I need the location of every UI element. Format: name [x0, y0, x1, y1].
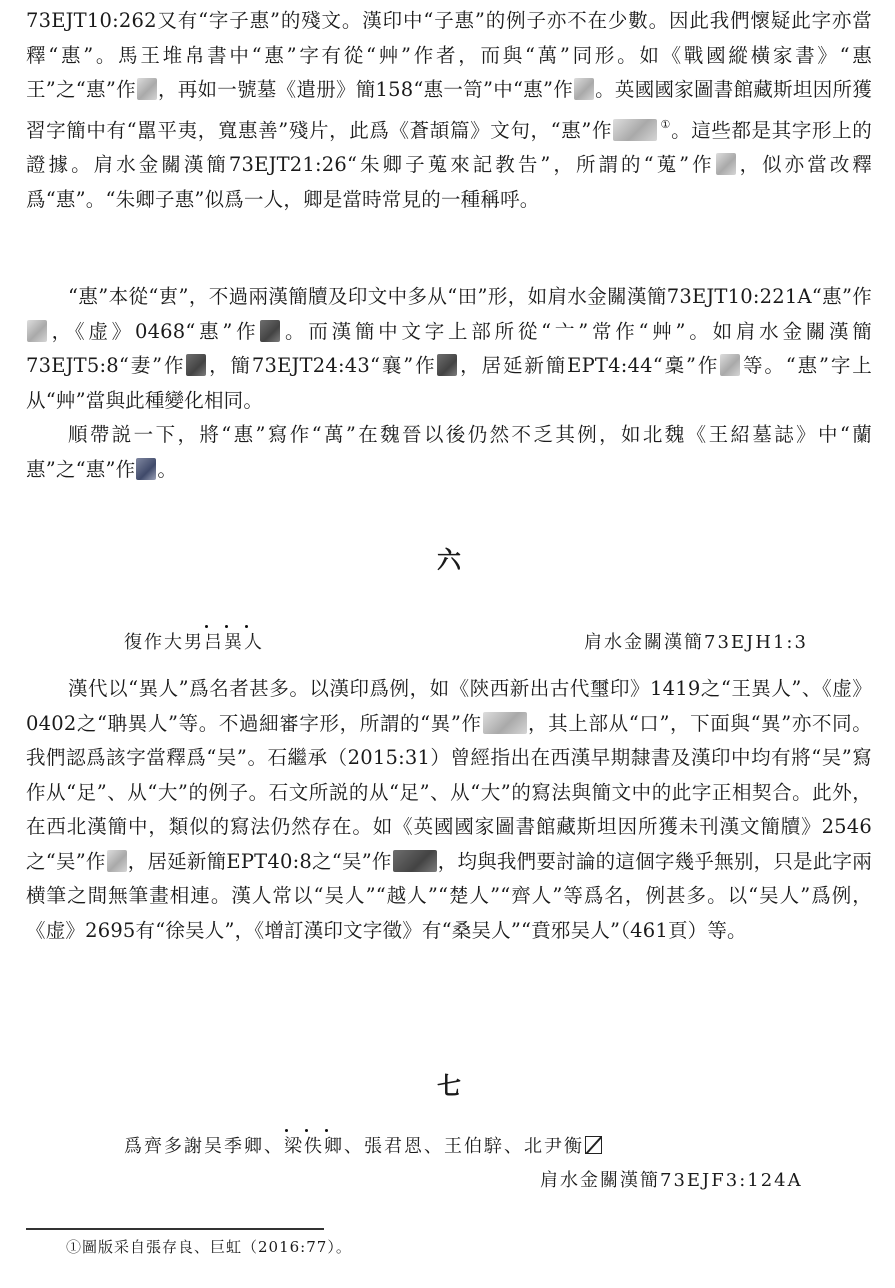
missing-character-box — [585, 1136, 602, 1154]
text-run: ，再如一號墓《遣册》簡158“惠一笥”中“惠”作 — [158, 78, 573, 101]
quoted-slip-text-7: 爲齊多謝吴季卿、梁佚卿、張君恩、王伯騂、北尹衡 — [124, 1132, 602, 1158]
quoted-slip-text-6: 復作大男吕異人 — [124, 628, 264, 654]
text-run: ，其上部从“口”，下面與“異”亦不同。我們認爲該字當釋爲“吴”。石繼承（2015… — [26, 712, 872, 873]
glyph-image-hui-qiance — [574, 78, 594, 100]
glyph-image-hui-seal — [260, 320, 280, 342]
slip-source-6: 肩水金關漢簡73EJH1:3 — [584, 628, 808, 654]
text-run: ，《虚》0468“惠”作 — [48, 320, 259, 343]
text-run: ，居延新簡EPT4:44“稾”作 — [458, 354, 719, 377]
emphasized-char: 異 — [224, 628, 244, 654]
text-run: 復作大男 — [124, 632, 204, 653]
glyph-image-hui-zhanguo — [137, 78, 157, 100]
glyph-image-yi — [483, 712, 527, 734]
emphasized-char: 佚 — [304, 1132, 324, 1158]
glyph-image-hui-cangjie — [613, 119, 657, 141]
section-heading-6: 六 — [26, 540, 872, 575]
footnote-ref[interactable]: ① — [660, 118, 671, 131]
glyph-image-qi — [186, 354, 206, 376]
emphasized-char: 梁 — [284, 1132, 304, 1158]
glyph-image-hui-beiwei — [136, 458, 156, 480]
glyph-image-xiang — [437, 354, 457, 376]
glyph-image-wu-stein — [107, 850, 127, 872]
emphasized-char: 人 — [244, 628, 264, 654]
text-run: 、張君恩、王伯騂、北尹衡 — [344, 1136, 584, 1157]
paragraph-wei-jin-note: 順帶説一下，將“惠”寫作“萬”在魏晉以後仍然不乏其例，如北魏《王紹墓誌》中“蘭惠… — [26, 418, 872, 487]
text-run: ，簡73EJT24:43“襄”作 — [207, 354, 436, 377]
text-run: “惠”本從“叀”，不過兩漢簡牘及印文中多从“田”形，如肩水金關漢簡73EJT10… — [68, 285, 872, 308]
text-run: 爲齊多謝吴季卿、 — [124, 1136, 284, 1157]
paragraph-yiren: 漢代以“異人”爲名者甚多。以漢印爲例，如《陝西新出古代璽印》1419之“王異人”… — [26, 672, 872, 948]
slip-source-7: 肩水金關漢簡73EJF3:124A — [540, 1166, 803, 1192]
footnote-divider — [26, 1228, 324, 1230]
section-heading-7: 七 — [26, 1066, 872, 1101]
glyph-image-sou — [716, 153, 736, 175]
text-run: 。 — [157, 458, 177, 481]
emphasized-char: 卿 — [324, 1132, 344, 1158]
footnote: ①圖版采自張存良、巨虹（2016:77）。 — [66, 1236, 352, 1257]
paragraph-5-continued: 73EJT10:262又有“字子惠”的殘文。漢印中“子惠”的例子亦不在少數。因此… — [26, 4, 872, 217]
paragraph-hui-forms: “惠”本從“叀”，不過兩漢簡牘及印文中多从“田”形，如肩水金關漢簡73EJT10… — [26, 280, 872, 418]
glyph-image-hui-jinguan — [27, 320, 47, 342]
glyph-image-gao — [720, 354, 740, 376]
glyph-image-wu-juyan — [393, 850, 437, 872]
emphasized-char: 吕 — [204, 628, 224, 654]
text-run: ，居延新簡EPT40:8之“吴”作 — [128, 850, 392, 873]
